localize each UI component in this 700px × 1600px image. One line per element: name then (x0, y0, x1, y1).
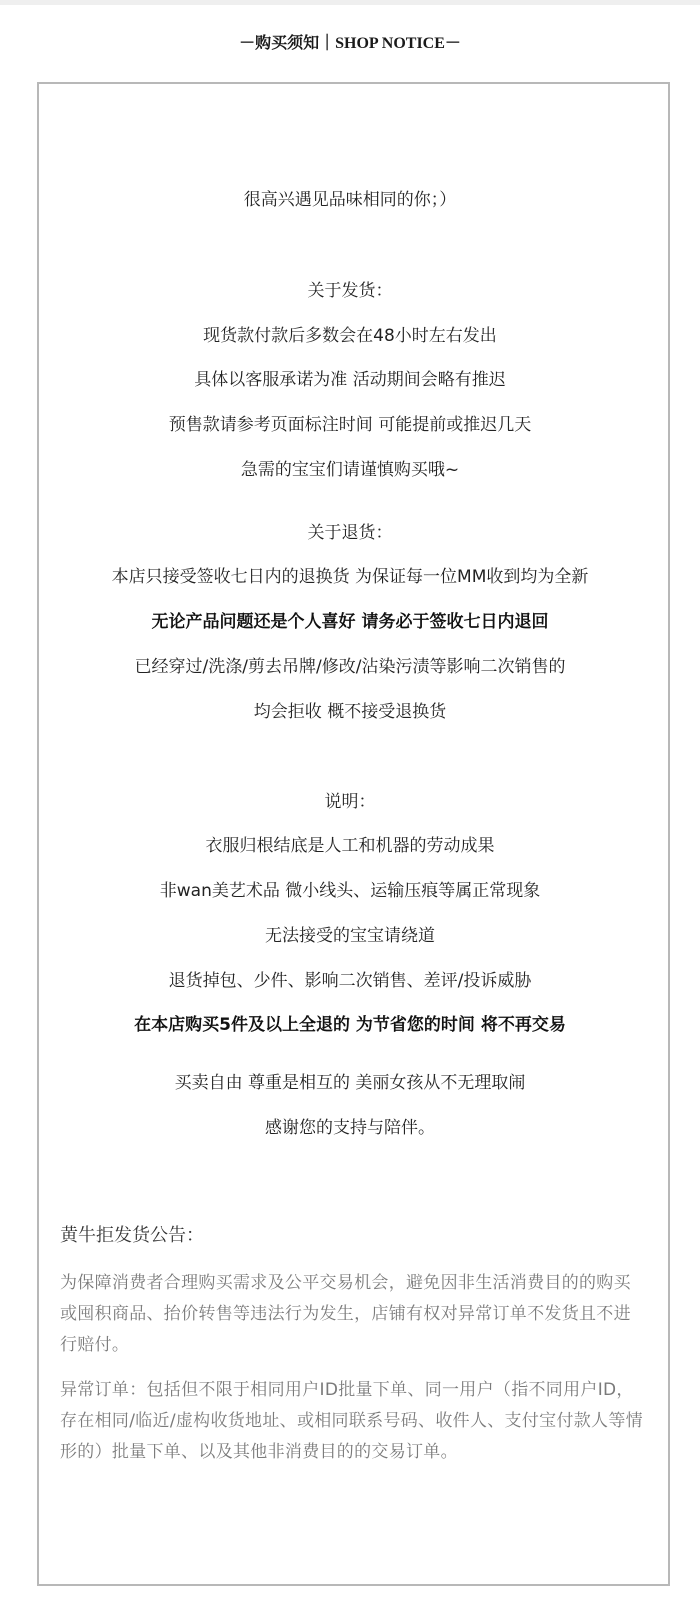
closing-line: 买卖自由 尊重是相互的 美丽女孩从不无理取闹 (0, 1071, 700, 1095)
returns-heading: 关于退货： (0, 521, 700, 545)
notes-line-emphasis: 在本店购买5件及以上全退的 为节省您的时间 将不再交易 (0, 1013, 700, 1037)
returns-line: 均会拒收 概不接受退换货 (0, 700, 700, 724)
notes-line: 无法接受的宝宝请绕道 (0, 924, 700, 948)
page-title-en: SHOP NOTICE－ (335, 35, 461, 52)
scalper-notice-paragraph: 为保障消费者合理购买需求及公平交易机会，避免因非生活消费目的的购买或囤积商品、抬… (60, 1268, 645, 1361)
abnormal-order-paragraph: 异常订单：包括但不限于相同用户ID批量下单、同一用户（指不同用户ID，存在相同/… (60, 1375, 645, 1468)
notes-heading: 说明： (0, 790, 700, 814)
top-band (0, 0, 700, 5)
returns-line: 本店只接受签收七日内的退换货 为保证每一位MM收到均为全新 (0, 565, 700, 589)
returns-line-emphasis: 无论产品问题还是个人喜好 请务必于签收七日内退回 (0, 610, 700, 634)
notes-line: 衣服归根结底是人工和机器的劳动成果 (0, 834, 700, 858)
shipping-line: 预售款请参考页面标注时间 可能提前或推迟几天 (0, 413, 700, 437)
page-title: －购买须知｜SHOP NOTICE－ (0, 30, 700, 57)
greeting-text: 很高兴遇见品味相同的你；） (0, 188, 700, 212)
page-title-cn: －购买须知｜ (239, 33, 335, 52)
notes-line: 退货掉包、少件、影响二次销售、差评/投诉威胁 (0, 969, 700, 993)
shipping-line: 具体以客服承诺为准 活动期间会略有推迟 (0, 368, 700, 392)
shipping-line: 现货款付款后多数会在48小时左右发出 (0, 324, 700, 348)
shipping-heading: 关于发货： (0, 279, 700, 303)
scalper-notice-heading: 黄牛拒发货公告： (60, 1223, 204, 1249)
closing-line: 感谢您的支持与陪伴。 (0, 1116, 700, 1140)
notes-line: 非wan美艺术品 微小线头、运输压痕等属正常现象 (0, 879, 700, 903)
returns-line: 已经穿过/洗涤/剪去吊牌/修改/沾染污渍等影响二次销售的 (0, 655, 700, 679)
shipping-line: 急需的宝宝们请谨慎购买哦~ (0, 458, 700, 482)
